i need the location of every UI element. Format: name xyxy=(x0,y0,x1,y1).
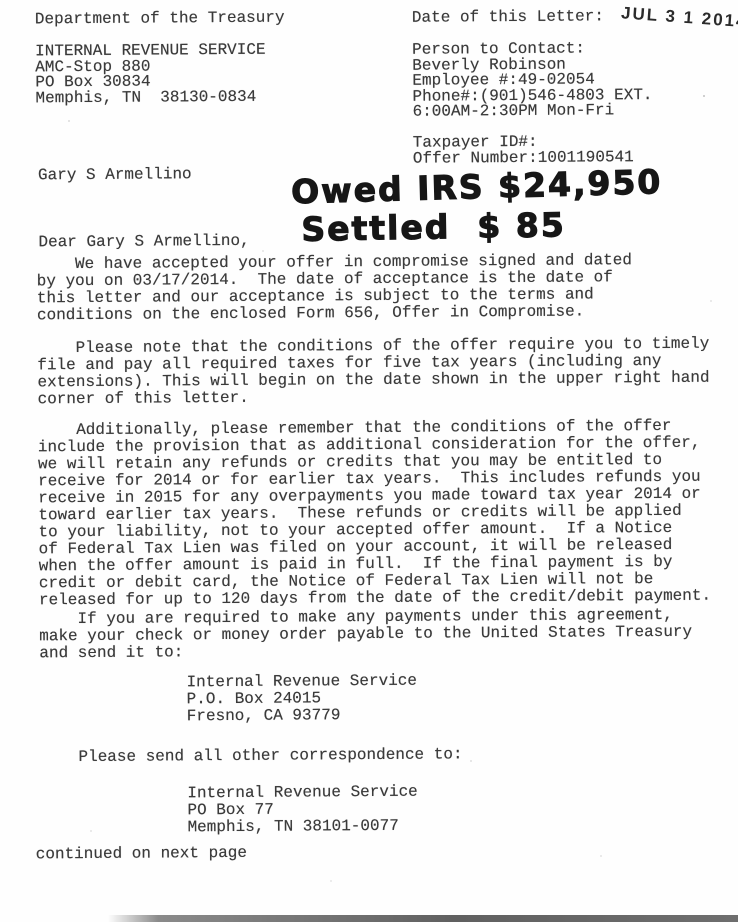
date-label: Date of this Letter: xyxy=(412,9,604,26)
scan-edge-artifact xyxy=(108,915,738,922)
handwritten-note-settled: Settled $ 85 xyxy=(301,205,566,249)
paragraph-acceptance: We have accepted your offer in compromis… xyxy=(37,252,633,324)
scanned-irs-letter-page: Department of the Treasury INTERNAL REVE… xyxy=(0,0,738,922)
contact-info-block: Person to Contact: Beverly Robinson Empl… xyxy=(412,41,653,120)
scan-noise-specks xyxy=(0,0,2,2)
correspondence-address-block: Internal Revenue Service PO Box 77 Memph… xyxy=(187,784,418,837)
recipient-name: Gary S Armellino xyxy=(38,167,192,184)
handwritten-note-owed: Owed IRS $24,950 xyxy=(291,162,663,211)
department-line: Department of the Treasury xyxy=(35,11,285,28)
salutation: Dear Gary S Armellino, xyxy=(38,234,249,251)
taxpayer-offer-block: Taxpayer ID#: Offer Number:1001190541 xyxy=(413,134,634,167)
scan-content: Department of the Treasury INTERNAL REVE… xyxy=(0,0,738,922)
agency-address-block: INTERNAL REVENUE SERVICE AMC-Stop 880 PO… xyxy=(35,43,266,107)
paragraph-conditions: Please note that the conditions of the o… xyxy=(37,336,710,409)
correspondence-intro: Please send all other correspondence to: xyxy=(40,746,463,766)
continued-note: continued on next page xyxy=(36,846,247,863)
paragraph-payments: If you are required to make any payments… xyxy=(39,607,692,663)
date-stamp: JUL 3 1 2014 xyxy=(620,3,738,32)
payment-address-block: Internal Revenue Service P.O. Box 24015 … xyxy=(186,673,417,726)
paragraph-refunds-lien: Additionally, please remember that the c… xyxy=(38,418,711,610)
